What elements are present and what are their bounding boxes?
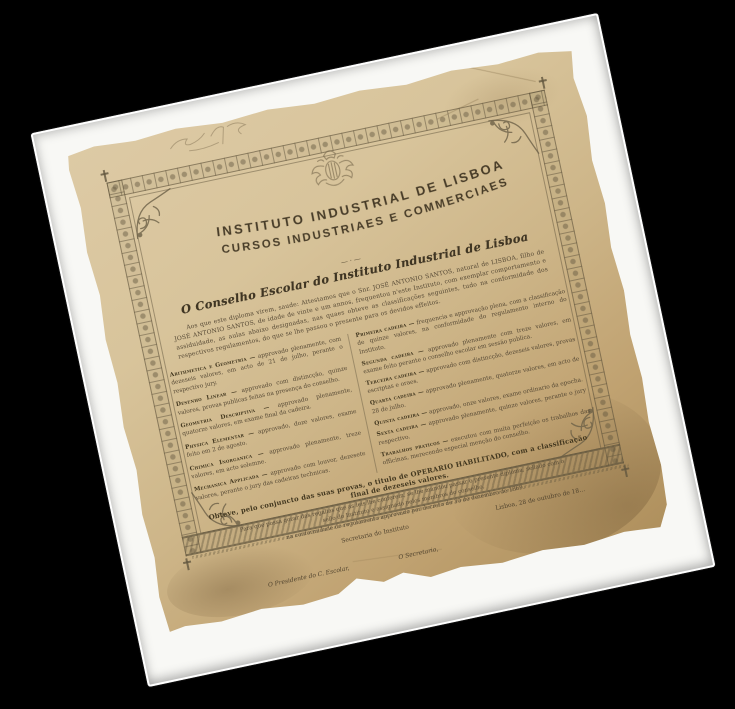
photo-background: INSTITUTO INDUSTRIAL DE LISBOA CURSOS IN… bbox=[0, 0, 735, 709]
signature-president-label: O Presidente do C. Escolar, bbox=[268, 565, 351, 589]
signature-secretary-label: O Secretario, bbox=[398, 546, 439, 561]
photo-mat: INSTITUTO INDUSTRIAL DE LISBOA CURSOS IN… bbox=[30, 13, 715, 687]
corner-finial bbox=[185, 558, 189, 570]
corner-finial bbox=[623, 465, 627, 477]
certificate-paper: INSTITUTO INDUSTRIAL DE LISBOA CURSOS IN… bbox=[63, 43, 677, 637]
corner-finial bbox=[103, 170, 107, 182]
paper-crease bbox=[467, 66, 536, 83]
corner-finial bbox=[541, 77, 545, 89]
